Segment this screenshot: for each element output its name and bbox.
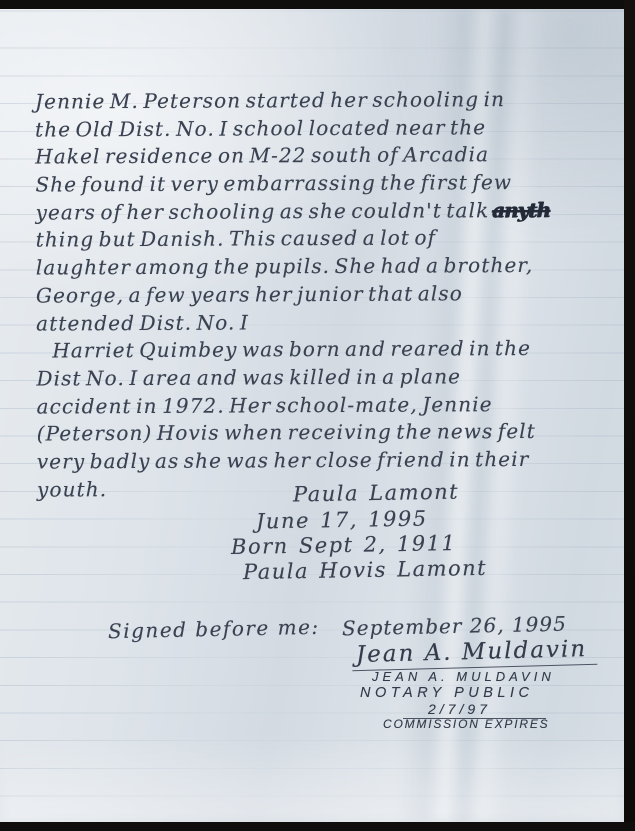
handwritten-line: Dist No. I area and was killed in a plan… bbox=[36, 362, 621, 393]
scanned-document: Jennie M. Peterson started her schooling… bbox=[0, 0, 635, 831]
handwritten-line: Jennie M. Peterson started her schooling… bbox=[35, 85, 620, 116]
scan-border-right bbox=[624, 0, 635, 831]
scan-border-top bbox=[0, 0, 635, 9]
handwritten-line: thing but Danish. This caused a lot of bbox=[36, 224, 621, 255]
scan-border-bottom bbox=[0, 822, 635, 831]
handwritten-line: accident in 1972. Her school-mate, Jenni… bbox=[37, 390, 622, 421]
handwritten-text: years of her schooling as she couldn't t… bbox=[36, 198, 490, 224]
signed-before-me-label: Signed before me: bbox=[108, 615, 320, 643]
letter-paper: Jennie M. Peterson started her schooling… bbox=[0, 9, 624, 822]
handwritten-line: laughter among the pupils. She had a bro… bbox=[36, 252, 621, 283]
letter-date: June 17, 1995 bbox=[256, 507, 428, 534]
notary-public-title: NOTARY PUBLIC bbox=[360, 685, 533, 701]
handwritten-line-paragraph-start: Harriet Quimbey was born and reared in t… bbox=[36, 335, 621, 366]
handwritten-line: attended Dist. No. I bbox=[36, 307, 621, 338]
notarization-date: September 26, 1995 bbox=[342, 612, 567, 641]
scribbled-correction: anyth bbox=[492, 198, 550, 222]
author-full-name: Paula Hovis Lamont bbox=[243, 556, 488, 584]
handwritten-line: She found it very embarrassing the first… bbox=[35, 169, 620, 200]
handwritten-line: George, a few years her junior that also bbox=[36, 279, 621, 310]
handwritten-line: very badly as she was her close friend i… bbox=[37, 445, 622, 476]
handwritten-line: years of her schooling as she couldn't t… bbox=[35, 196, 620, 227]
handwritten-line: the Old Dist. No. I school located near … bbox=[35, 113, 620, 144]
paper-sheen bbox=[0, 732, 624, 822]
author-birthdate: Born Sept 2, 1911 bbox=[231, 531, 457, 559]
letter-body: Jennie M. Peterson started her schooling… bbox=[35, 85, 622, 503]
notary-printed-name: JEAN A. MULDAVIN bbox=[372, 669, 555, 684]
handwritten-line: Hakel residence on M-22 south of Arcadia bbox=[35, 141, 620, 172]
commission-expires-label: COMMISSION EXPIRES bbox=[383, 717, 549, 731]
author-signature: Paula Lamont bbox=[293, 480, 460, 507]
handwritten-line: (Peterson) Hovis when receiving the news… bbox=[37, 418, 622, 449]
